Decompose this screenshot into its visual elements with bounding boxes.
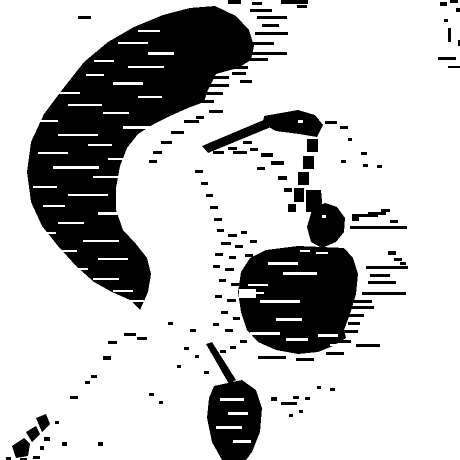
dither-streak: [124, 333, 136, 336]
dither-streak: [352, 214, 378, 217]
dither-streak: [448, 66, 460, 68]
dither-hatch: [252, 292, 264, 294]
dither-streak: [44, 437, 50, 441]
dither-streak: [204, 371, 209, 374]
dither-streak: [348, 306, 374, 309]
dither-streak: [229, 256, 236, 259]
dither-streak: [233, 317, 240, 320]
dither-streak: [366, 266, 408, 269]
dither-streak: [255, 32, 288, 35]
dither-hatch: [68, 194, 108, 196]
dither-streak: [214, 218, 222, 221]
dither-streak: [91, 375, 97, 378]
dither-hatch: [58, 92, 80, 94]
dither-streak: [227, 299, 236, 302]
dither-hatch: [93, 176, 123, 178]
dither-hatch: [300, 250, 310, 252]
dither-streak: [350, 300, 372, 303]
dither-hatch: [298, 120, 303, 123]
dither-streak: [305, 397, 310, 400]
dither-streak: [257, 167, 265, 170]
dither-hatch: [40, 120, 58, 122]
dither-hatch: [260, 300, 300, 303]
dither-streak: [450, 0, 458, 3]
dither-streak: [341, 160, 346, 163]
dither-streak: [149, 160, 157, 163]
dither-hatch: [93, 278, 119, 280]
dither-streak: [258, 356, 286, 359]
dither-streak: [293, 396, 299, 399]
dither-streak: [196, 116, 204, 119]
dither-streak: [225, 329, 233, 332]
dither-streak: [340, 126, 348, 129]
dither-streak: [438, 57, 456, 60]
dither-streak: [195, 170, 203, 173]
dither-hatch: [220, 398, 244, 401]
dither-streak: [221, 242, 231, 245]
dither-hatch: [228, 412, 248, 415]
dither-hatch: [103, 112, 129, 114]
dither-streak: [388, 251, 396, 255]
portrait-svg: [0, 0, 460, 460]
dither-streak: [381, 209, 390, 212]
dither-hatch: [148, 52, 174, 55]
dither-hatch: [53, 166, 99, 169]
dither-hatch: [286, 338, 308, 341]
dither-streak: [70, 396, 78, 399]
dither-streak: [78, 16, 91, 19]
dither-hatch: [94, 60, 114, 62]
dither-hatch: [330, 344, 342, 346]
dither-streak: [261, 153, 273, 157]
dither-hatch: [36, 232, 56, 234]
dither-streak: [184, 120, 199, 123]
dither-streak: [168, 322, 173, 325]
dither-streak: [199, 100, 214, 103]
dither-streak: [177, 365, 181, 368]
dither-streak: [257, 16, 287, 19]
dither-streak: [209, 110, 223, 113]
dither-hatch: [98, 258, 128, 260]
dither-hatch: [322, 215, 326, 218]
dither-streak: [390, 220, 398, 223]
dither-streak: [289, 414, 293, 417]
dither-hatch: [68, 104, 102, 106]
dither-hatch: [123, 126, 153, 129]
dither-hatch: [128, 66, 164, 68]
dither-streak: [219, 279, 226, 282]
dither-streak: [241, 231, 247, 234]
dither-streak: [213, 323, 219, 326]
dither-streak: [400, 262, 406, 265]
dither-streak: [201, 182, 208, 185]
dither-streak: [299, 410, 303, 413]
dither-streak: [203, 76, 229, 79]
dither-hatch: [118, 42, 148, 44]
dither-streak: [210, 206, 218, 209]
dither-streak: [296, 358, 314, 361]
dither-streak: [363, 164, 368, 167]
dither-streak: [149, 393, 154, 396]
dither-streak: [217, 229, 224, 232]
dither-streak: [394, 258, 402, 261]
dither-streak: [40, 446, 44, 450]
dither-streak: [298, 172, 309, 185]
dither-streak: [108, 341, 117, 344]
dither-streak: [326, 352, 344, 355]
dither-streak: [103, 356, 111, 360]
dither-hatch: [108, 158, 128, 160]
dither-streak: [199, 84, 229, 87]
dither-streak: [195, 355, 199, 358]
dither-streak: [215, 253, 223, 256]
dither-streak: [240, 80, 252, 83]
dither-streak: [456, 8, 460, 12]
nose-bridge: [306, 190, 323, 212]
dither-streak: [262, 24, 279, 27]
dither-hatch: [53, 250, 77, 252]
dither-streak: [342, 330, 358, 333]
dither-hatch: [58, 134, 98, 136]
dither-streak: [284, 188, 292, 192]
dither-streak: [362, 292, 406, 295]
dither-hatch: [276, 318, 302, 321]
dither-streak: [213, 151, 224, 154]
dither-streak: [350, 226, 407, 229]
dither-streak: [252, 2, 262, 5]
dither-streak: [159, 401, 163, 404]
dither-streak: [213, 265, 220, 268]
dither-streak: [361, 152, 367, 155]
dither-streak: [233, 151, 247, 154]
dither-streak: [250, 9, 272, 12]
dither-streak: [55, 421, 59, 424]
dither-streak: [161, 141, 172, 144]
dither-streak: [317, 386, 321, 389]
dither-hatch: [130, 300, 144, 302]
dither-streak: [348, 322, 360, 325]
dither-hatch: [38, 152, 68, 154]
dither-streak: [190, 329, 196, 332]
dither-streak: [440, 2, 447, 6]
dither-hatch: [43, 205, 65, 207]
dither-streak: [221, 311, 228, 314]
dither-streak: [245, 254, 253, 257]
dither-hatch: [113, 82, 143, 85]
dither-hatch: [138, 96, 162, 98]
dither-streak: [33, 456, 40, 459]
dither-streak: [336, 340, 351, 343]
dither-streak: [231, 283, 240, 286]
dither-streak: [228, 147, 237, 150]
dither-streak: [232, 72, 246, 75]
dither-streak: [288, 204, 296, 212]
dither-streak: [240, 340, 247, 343]
dither-hatch: [88, 144, 112, 146]
dither-hatch: [83, 240, 119, 242]
dither-hatch: [316, 252, 328, 254]
dither-streak: [206, 194, 213, 197]
dither-hatch: [86, 74, 104, 76]
dither-hatch: [233, 440, 251, 443]
dither-hatch: [138, 30, 160, 32]
dither-streak: [184, 347, 189, 350]
dither-streak: [201, 92, 223, 95]
dither-hatch: [113, 290, 133, 292]
dither-streak: [98, 442, 103, 446]
dither-streak: [247, 52, 287, 55]
dither-streak: [325, 121, 337, 124]
dither-streak: [250, 240, 257, 243]
dither-streak: [228, 0, 241, 4]
dither-hatch: [318, 334, 338, 337]
dither-streak: [307, 139, 318, 152]
dither-streak: [368, 281, 396, 284]
dither-hatch: [268, 262, 298, 265]
dither-streak: [243, 141, 252, 144]
dither-hatch: [283, 272, 317, 275]
dither-streak: [278, 176, 287, 180]
dither-streak: [171, 131, 184, 134]
dither-streak: [230, 346, 236, 349]
dither-streak: [85, 381, 90, 384]
dither-streak: [294, 188, 304, 202]
dither-hatch: [216, 426, 242, 429]
dither-streak: [370, 274, 390, 277]
dither-streak: [348, 138, 352, 141]
dither-hatch: [98, 212, 128, 215]
dither-streak: [249, 42, 274, 45]
dither-hatch: [33, 186, 57, 188]
dither-hatch: [250, 332, 280, 335]
dither-streak: [250, 148, 258, 151]
dither-streak: [153, 151, 162, 154]
dither-streak: [227, 66, 248, 69]
dither-streak: [281, 402, 297, 405]
dithered-portrait-image: [0, 0, 460, 460]
dither-streak: [225, 268, 234, 271]
dither-streak: [346, 314, 364, 317]
dither-streak: [444, 19, 448, 22]
dither-streak: [448, 28, 451, 42]
dither-streak: [220, 350, 226, 353]
dither-streak: [62, 442, 67, 446]
dither-streak: [235, 58, 268, 61]
dither-streak: [271, 161, 284, 165]
dither-streak: [235, 245, 243, 248]
dither-hatch: [248, 284, 268, 286]
dither-streak: [137, 337, 147, 340]
dither-streak: [271, 397, 277, 401]
dither-streak: [228, 234, 237, 237]
dither-hatch: [58, 222, 84, 224]
dither-streak: [352, 217, 359, 221]
dither-streak: [303, 156, 314, 169]
dither-streak: [215, 295, 222, 298]
dither-streak: [330, 388, 335, 391]
dither-hatch: [68, 268, 88, 270]
dither-streak: [297, 5, 307, 8]
dither-streak: [356, 344, 380, 347]
dither-streak: [281, 0, 308, 4]
dither-streak: [377, 165, 382, 168]
